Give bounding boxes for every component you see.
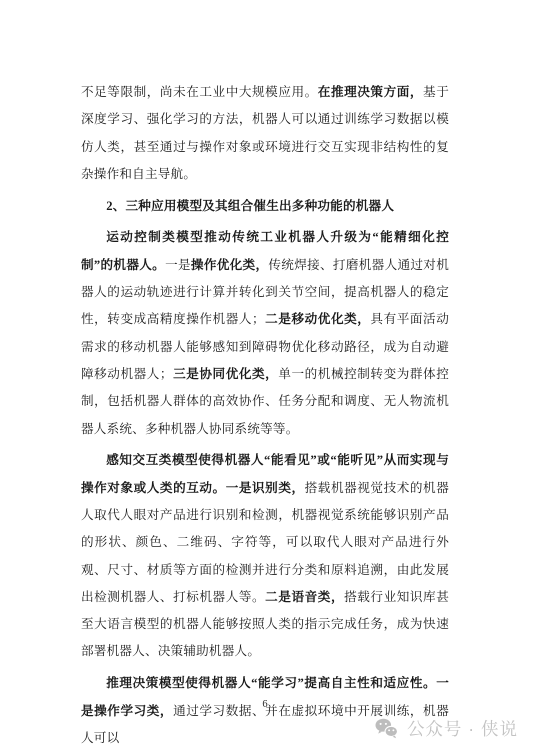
document-page: 不足等限制，尚未在工业中大规模应用。在推理决策方面，基于深度学习、强化学习的方法… [0,0,534,755]
paragraph: 不足等限制，尚未在工业中大规模应用。在推理决策方面，基于深度学习、强化学习的方法… [81,79,449,188]
document-body: 不足等限制，尚未在工业中大规模应用。在推理决策方面，基于深度学习、强化学习的方法… [81,79,449,755]
wechat-icon [375,718,398,739]
paragraph: 运动控制类模型推动传统工业机器人升级为“能精细化控制”的机器人。一是操作优化类，… [81,224,449,442]
text-run: 不足等限制，尚未在工业中大规模应用。 [81,85,318,99]
section-heading: 2、三种应用模型及其组合催生出多种功能的机器人 [81,193,449,220]
text-run: 在推理决策方面， [318,85,423,99]
text-run: 三是协同优化类， [173,367,279,381]
watermark: 公众号 · 侠说 [375,716,518,741]
text-run: 二是移动优化类， [265,312,371,326]
text-run: 基于深度学习、强化学习的方法，机器人可以通过训练学习数据以模仿人类，甚至通过与操… [81,85,449,181]
watermark-text: 公众号 · 侠说 [407,716,518,741]
text-run: 2、三种应用模型及其组合催生出多种功能的机器人 [106,199,394,213]
text-run: 二是语音类， [265,590,344,604]
text-run: 搭载机器视觉技术的机器人取代人眼对产品进行识别和检测，机器视觉系统能够识别产品的… [81,481,449,604]
paragraph: 感知交互类模型使得机器人“能看见”或“能听见”从而实现与操作对象或人类的互动。一… [81,447,449,665]
text-run: 操作优化类， [191,258,268,272]
text-run: 一是 [165,258,191,272]
page-number: 6 [81,699,449,710]
